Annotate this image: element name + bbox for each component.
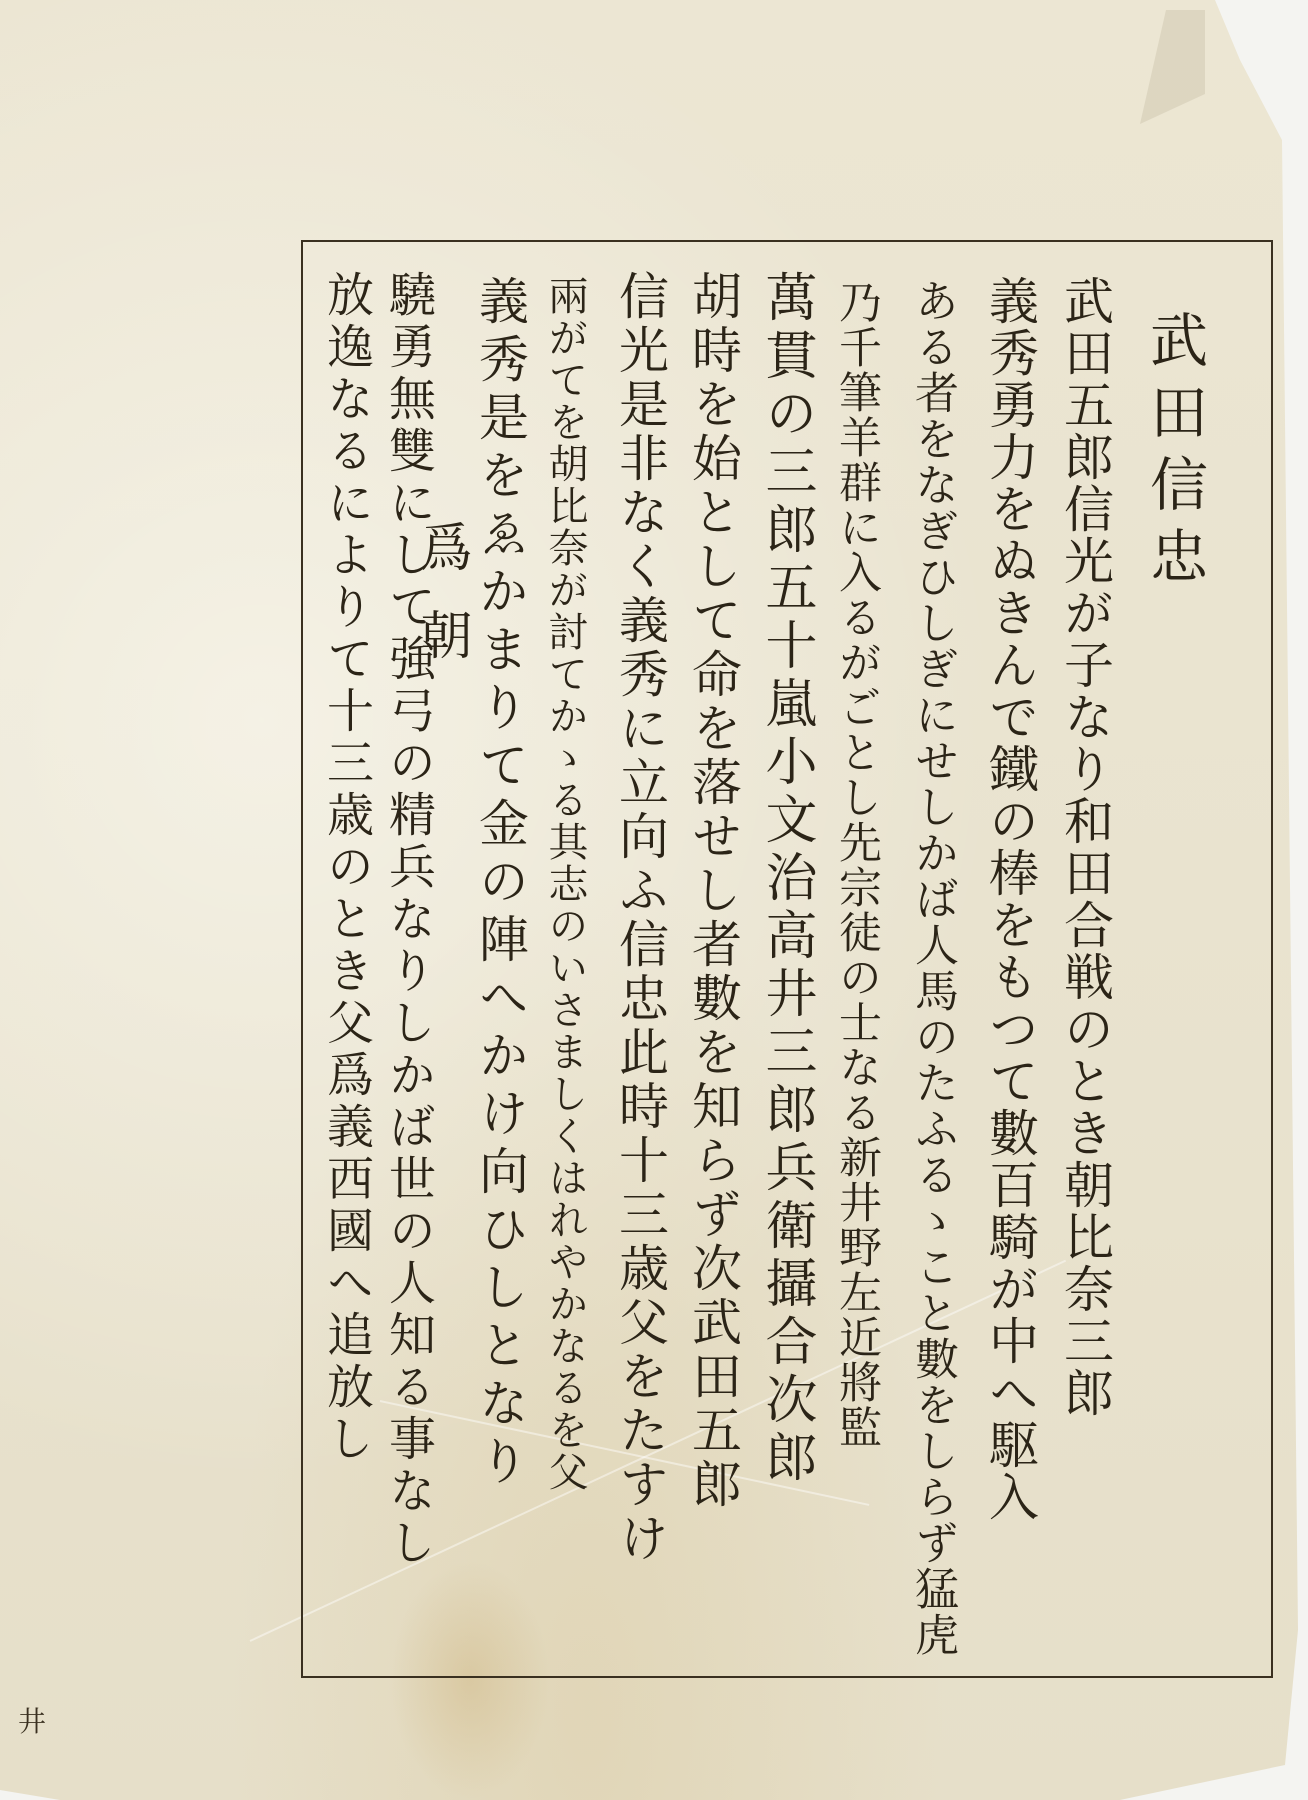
- text-column-3: ある者をなぎひしぎにせしかば人馬のたふるゝこと數をしらず猛虎: [910, 278, 954, 1658]
- text-column-9: 義秀是をゑかまりて金の陣へかけ向ひしとなり: [475, 275, 525, 1493]
- text-column-2: 義秀勇力をぬきんで鐵の棒をもつて數百騎が中へ駆入: [985, 275, 1035, 1523]
- text-column-8: 兩がてを胡比奈が討てかゝる其志のいさましくはれやかなるを父: [545, 275, 585, 1493]
- text-column-7: 信光是非なく義秀に立向ふ信忠此時十三歳父をたすけ: [615, 270, 665, 1566]
- document-title: 武田信忠: [1145, 310, 1203, 598]
- text-column-6: 胡時を始として命を落せし者數を知らず次武田五郎: [688, 270, 738, 1512]
- page-mark: 井: [18, 1700, 46, 1740]
- text-column-10: 驍勇無雙にして強弓の精兵なりしかば世の人知る事なし: [385, 270, 432, 1570]
- text-column-1: 武田五郎信光が子なり和田合戦のとき朝比奈三郎: [1060, 275, 1110, 1419]
- text-column-4: 乃千筆羊群に入るがごとし先宗徒の士なる新井野左近將監: [835, 280, 878, 1450]
- text-column-11: 放逸なるによりて十三歳のとき父爲義西國へ追放し: [323, 270, 370, 1466]
- text-column-5: 萬貫の三郎五十嵐小文治高井三郎兵衛攝合次郎: [760, 270, 812, 1488]
